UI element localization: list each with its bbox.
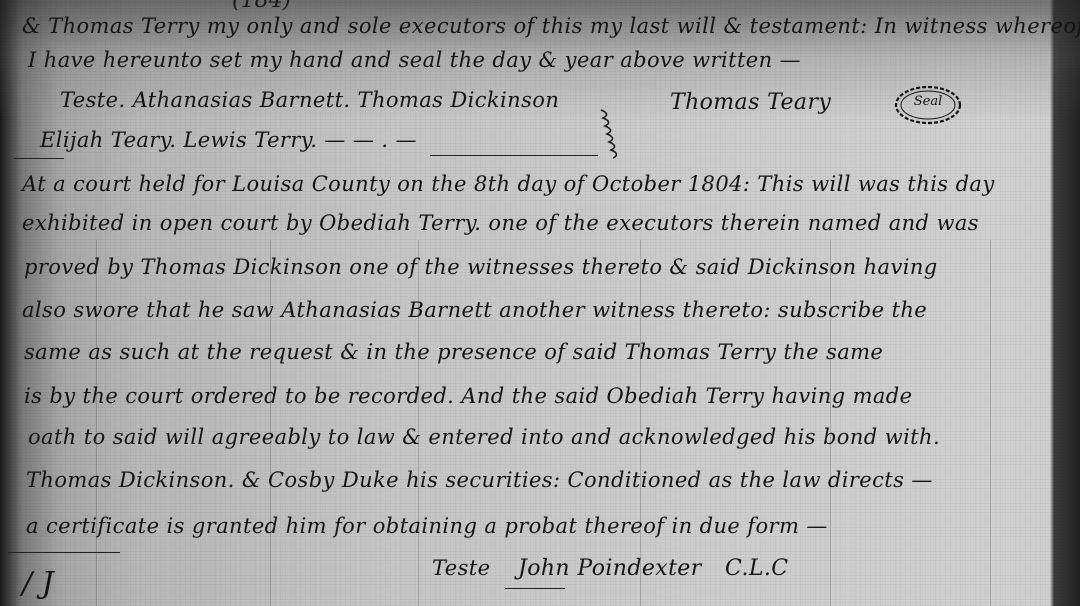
clerk-title: C.L.C	[725, 556, 788, 581]
clerk-name: John Poindexter	[518, 556, 702, 581]
ruling-line	[270, 240, 271, 606]
testator-signature: Thomas Teary	[670, 90, 831, 115]
text-line-9: same as such at the request & in the pre…	[24, 340, 883, 364]
underline	[505, 588, 565, 589]
underline	[8, 552, 120, 553]
ruling-line	[418, 240, 419, 606]
ruling-line	[830, 240, 831, 606]
underline	[14, 158, 64, 159]
document-scan: (184) & Thomas Terry my only and sole ex…	[0, 0, 1080, 606]
text-line-5: At a court held for Louisa County on the…	[22, 172, 995, 196]
witness-line: Teste. Athanasias Barnett. Thomas Dickin…	[60, 88, 559, 112]
text-line-7: proved by Thomas Dickinson one of the wi…	[24, 255, 938, 279]
witness-line-2: Elijah Teary. Lewis Terry. — — . —	[40, 128, 417, 152]
ruling-line	[640, 240, 641, 606]
text-line-10: is by the court ordered to be recorded. …	[24, 384, 912, 408]
text-line-6: exhibited in open court by Obediah Terry…	[22, 211, 979, 235]
text-line-8: also swore that he saw Athanasias Barnet…	[22, 298, 927, 322]
margin-mark: / J	[22, 566, 54, 601]
page-number: (184)	[232, 0, 291, 13]
seal-label: Seal	[893, 94, 963, 109]
signature-rule	[430, 155, 598, 156]
text-line-12: Thomas Dickinson. & Cosby Duke his secur…	[26, 468, 933, 492]
brace-mark	[597, 108, 617, 160]
text-line-13: a certificate is granted him for obtaini…	[26, 514, 828, 538]
seal-icon: Seal	[893, 84, 963, 126]
text-line-1: & Thomas Terry my only and sole executor…	[22, 14, 1080, 38]
ruling-line	[990, 240, 991, 606]
text-line-2: I have hereunto set my hand and seal the…	[28, 48, 801, 72]
text-line-11: oath to said will agreeably to law & ent…	[28, 425, 940, 449]
teste-label: Teste	[432, 556, 490, 580]
